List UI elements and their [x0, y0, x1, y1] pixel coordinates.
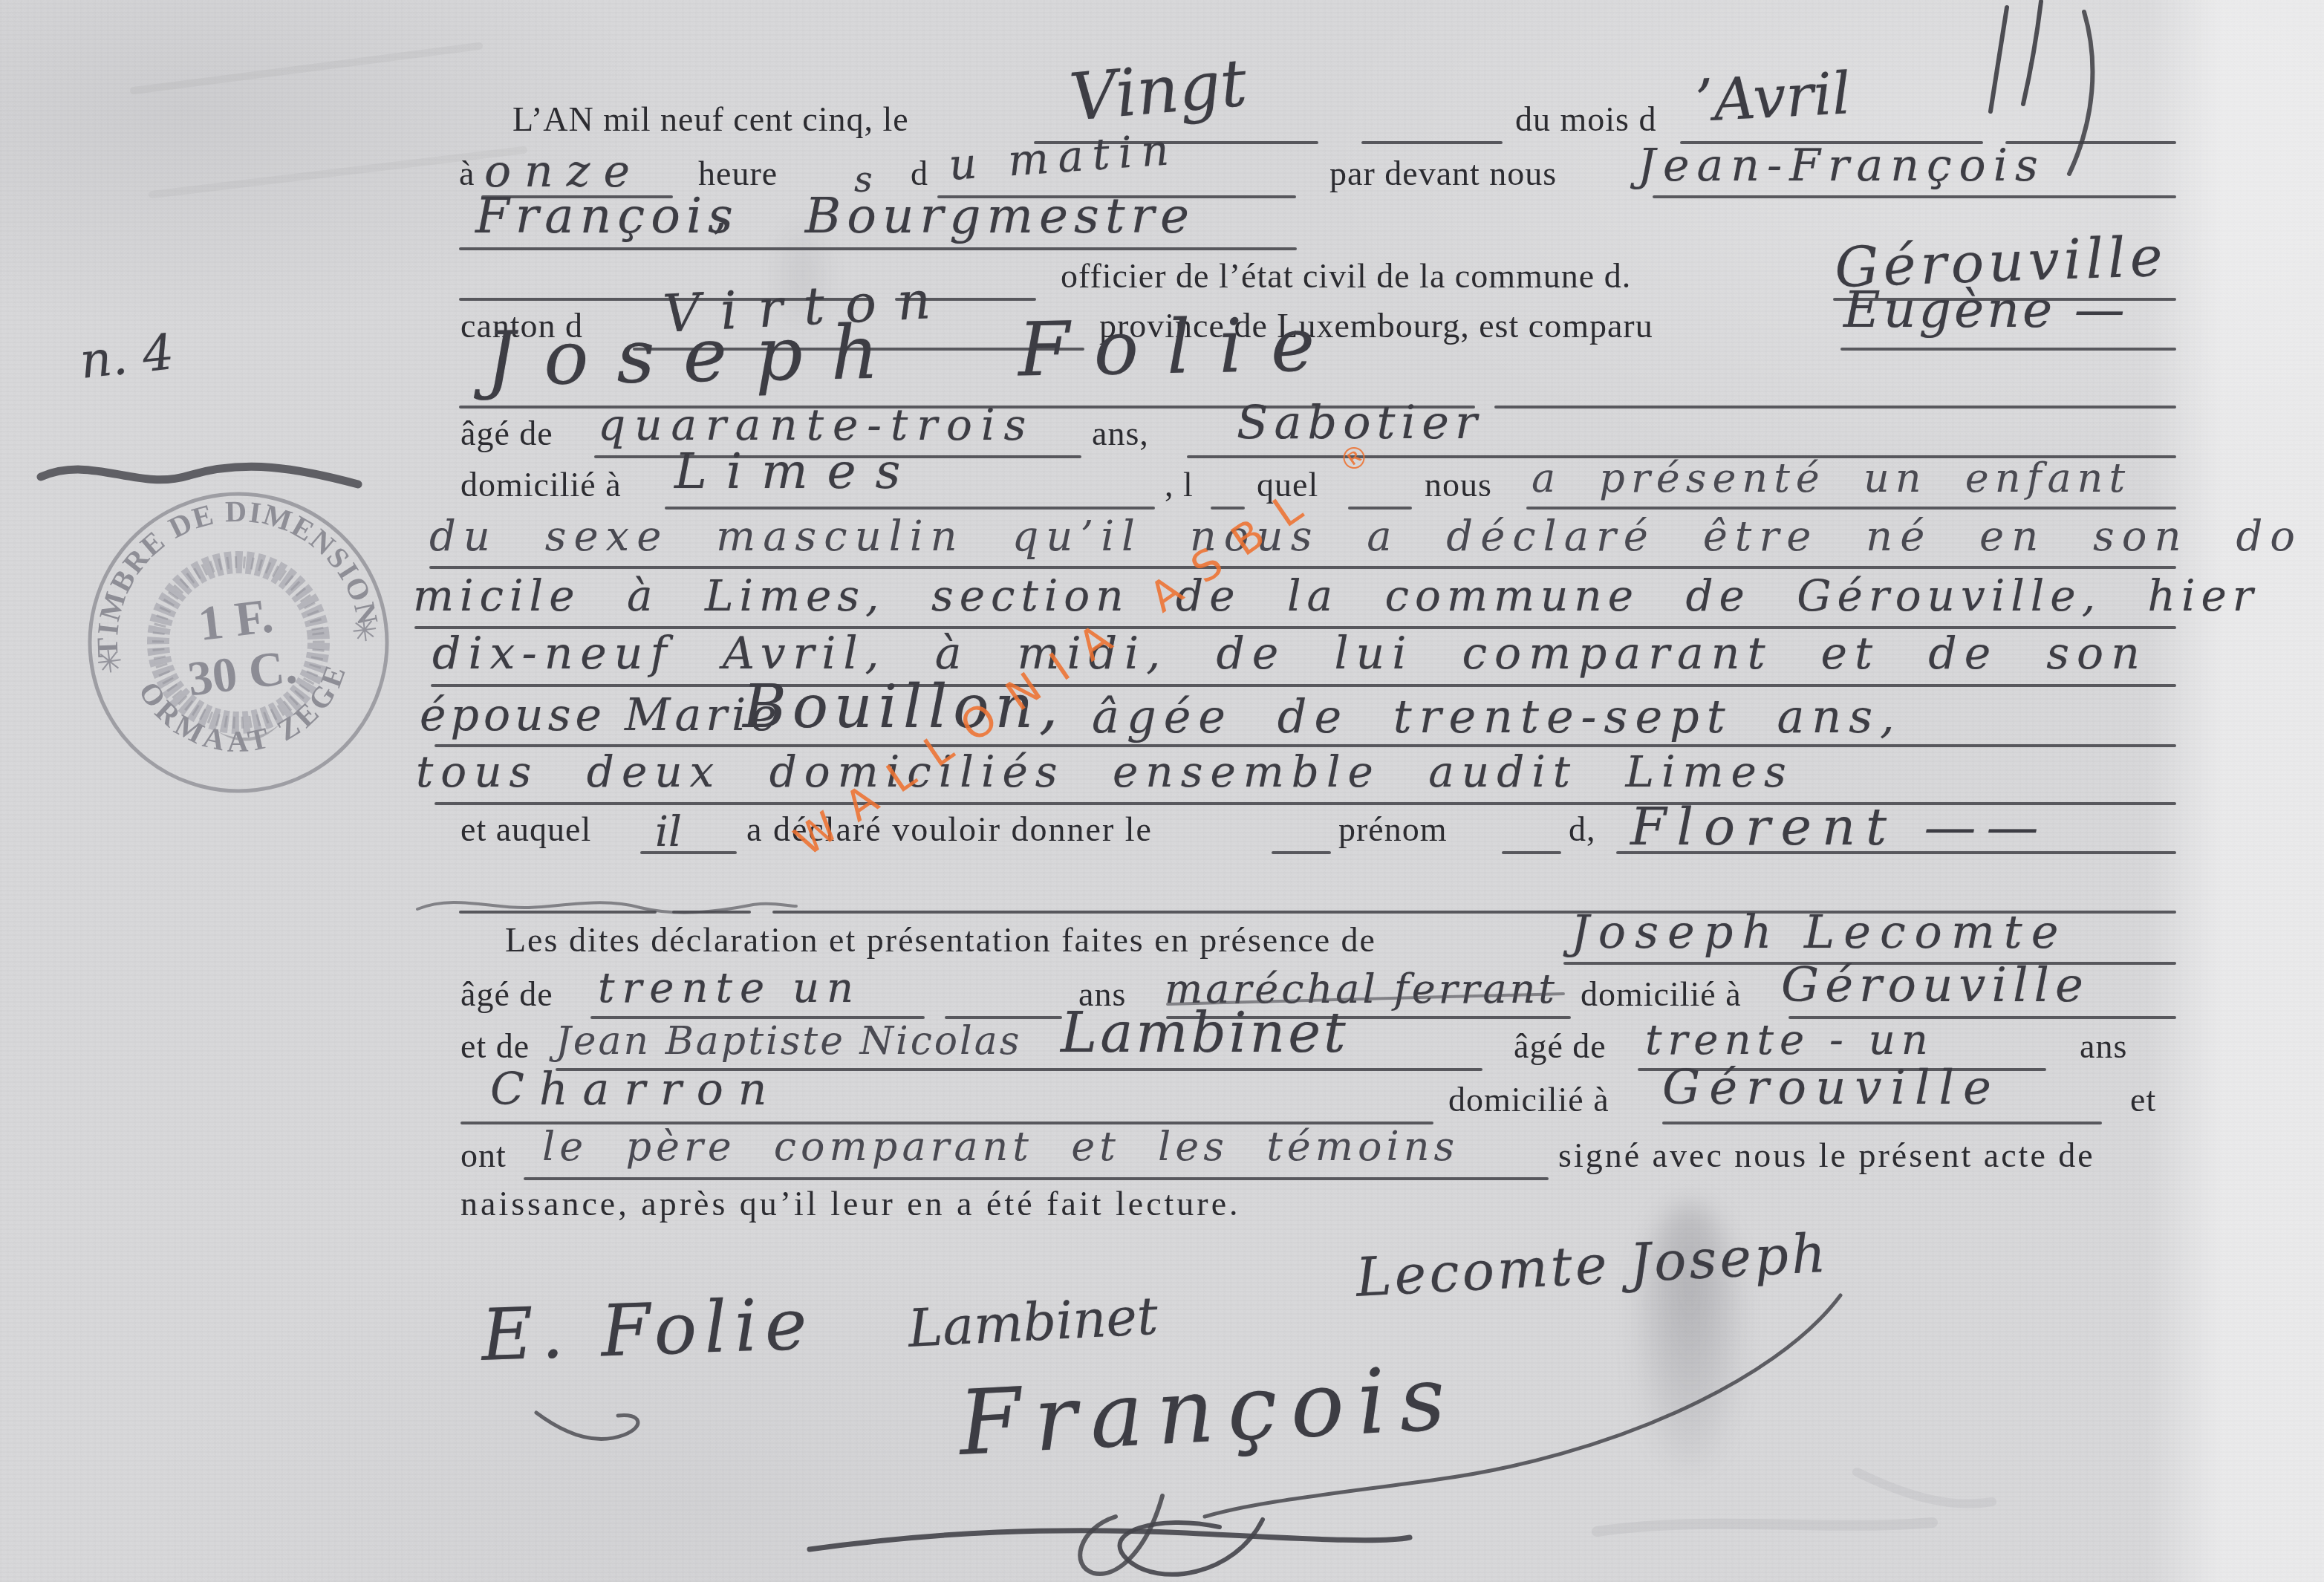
printed-text: et auquel	[460, 810, 591, 849]
ruled-line	[1526, 507, 2176, 510]
printed-text: par devant nous	[1329, 154, 1557, 193]
stamp-left-star-icon: ✳	[94, 644, 125, 681]
handwritten-officer-firstname: Jean-François	[1638, 140, 2045, 192]
stamp-right-star-icon: ✳	[350, 613, 380, 650]
ruled-line	[1662, 1122, 2102, 1124]
ruled-line	[1211, 507, 1245, 510]
printed-text: d,	[1569, 810, 1596, 849]
printed-text: domicilié à	[1581, 974, 1742, 1014]
ruled-line	[665, 507, 1155, 510]
printed-text: ans	[2080, 1026, 2127, 1066]
ruled-line	[459, 247, 1297, 250]
handwritten-declarant-name: Joseph Folie	[485, 301, 1344, 403]
ruled-line	[429, 566, 2176, 569]
printed-text: âgé de	[460, 414, 553, 453]
printed-text: nous	[1425, 465, 1492, 504]
printed-text: , l	[1165, 465, 1194, 504]
handwritten-mother-age: âgée de trente-sept ans,	[1092, 689, 1902, 743]
handwritten-il: il	[655, 808, 682, 856]
printed-text: et de	[460, 1026, 530, 1066]
ruled-line	[1361, 141, 1503, 144]
handwritten-declarant-firstname: Eugène —	[1843, 281, 2128, 339]
handwritten-officer-name: François Bourgmestre	[475, 187, 1195, 244]
ruled-line	[1840, 348, 2176, 351]
ruled-line	[1272, 851, 1331, 854]
printed-text: prénom	[1338, 810, 1448, 849]
printed-text: ans,	[1092, 414, 1149, 453]
handwritten-birth-line1: du sexe masculin qu’il nous a déclaré êt…	[429, 512, 2302, 561]
printed-text: ont	[460, 1136, 507, 1175]
act-number: n. 4	[77, 323, 177, 390]
printed-text: officier de l’état civil de la commune d…	[1061, 256, 1631, 296]
ruled-line	[1502, 851, 1561, 854]
handwritten-witness2-residence: Gérouville	[1662, 1061, 2000, 1116]
printed-text: domicilié à	[1448, 1080, 1609, 1119]
revenue-stamp: TIMBRE DE DIMENSION FORMAAT ZEGEL ✳ ✳ 1 …	[60, 464, 416, 820]
printed-text: à	[459, 154, 475, 193]
printed-text: âgé de	[1514, 1026, 1607, 1066]
handwritten-witness2-name: Lambinet	[1061, 1001, 1349, 1065]
stamp-value-1f: 1 F.	[195, 588, 276, 651]
handwritten-who-signed: le père comparant et les témoins	[542, 1123, 1459, 1170]
handwritten-birth-line2: micile à Limes, section de la commune de…	[413, 570, 2259, 621]
printed-text: domicilié à	[460, 465, 622, 504]
printed-text: et	[2130, 1080, 2156, 1119]
ruled-line	[459, 911, 657, 914]
handwritten-witness2-age: trente - un	[1645, 1016, 1934, 1064]
handwritten-presented-child: a présenté un enfant	[1532, 455, 2131, 501]
printed-text: Les dites déclaration et présentation fa…	[505, 920, 1376, 960]
ruled-line	[672, 911, 751, 914]
printed-text: du mois d	[1515, 100, 1656, 139]
document-scan: { "margin": { "act_number": "n. 4" }, "s…	[0, 0, 2324, 1582]
handwritten-birth-line3: dix-neuf Avril, à midi, de lui comparant…	[432, 628, 2147, 680]
signature-witness-lambinet: Lambinet	[907, 1286, 1159, 1359]
handwritten-residence: Limes	[674, 443, 919, 500]
handwritten-witness1-age: trente un	[598, 964, 861, 1012]
handwritten-witness2-firstnames: Jean Baptiste Nicolas	[556, 1019, 1021, 1064]
handwritten-mother-intro: épouse Marie	[420, 689, 781, 741]
ruled-line	[431, 684, 2176, 687]
handwritten-witness1-name: Joseph Lecomte	[1571, 905, 2067, 959]
printed-text: signé avec nous le présent acte de	[1558, 1136, 2095, 1175]
handwritten-day: Vingt	[1067, 45, 1250, 136]
printed-text: naissance, après qu’il leur en a été fai…	[460, 1184, 1241, 1223]
handwritten-both-domiciled: tous deux domiciliés ensemble audit Lime…	[416, 746, 1794, 797]
printed-text: L’AN mil neuf cent cinq, le	[512, 100, 909, 139]
handwritten-child-name: Florent ——	[1630, 796, 2048, 857]
ruled-line	[524, 1177, 1549, 1180]
ruled-line	[1653, 195, 2176, 198]
handwritten-apostrophe-mark: ’	[712, 214, 726, 269]
ruled-line	[1348, 507, 1412, 510]
handwritten-witness1-residence: Gérouville	[1781, 958, 2089, 1013]
handwritten-month: ’Avril	[1693, 60, 1852, 135]
printed-text: âgé de	[460, 974, 553, 1014]
ruled-line	[1494, 406, 2176, 408]
signature-father: E. Folie	[480, 1282, 816, 1377]
handwritten-witness2-profession: Charron	[490, 1064, 781, 1116]
